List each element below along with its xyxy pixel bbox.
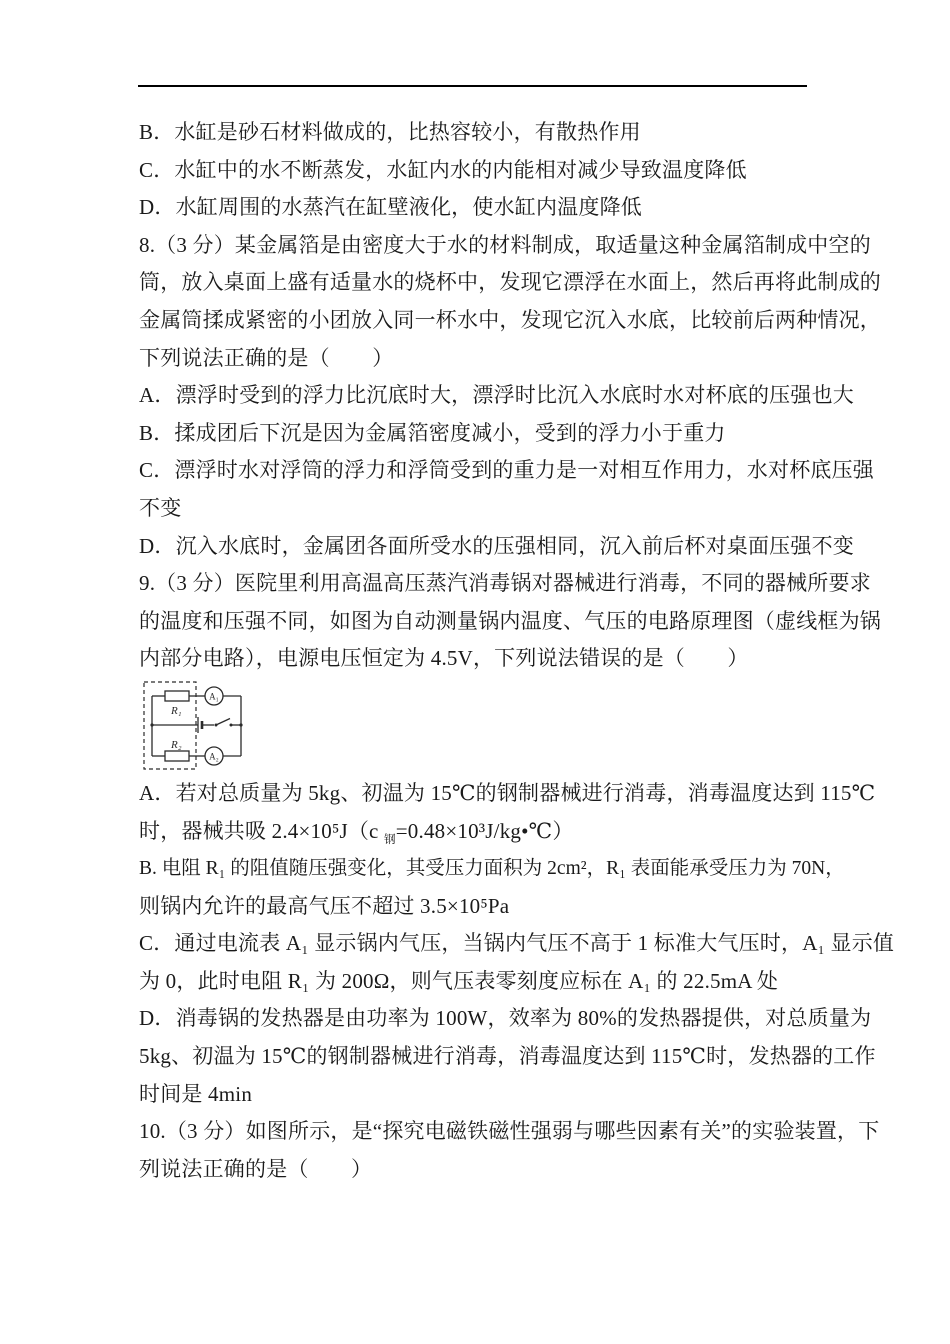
ammeter-a2-label: A₂	[209, 751, 219, 761]
resistor-r1-label: R₁	[170, 705, 182, 717]
q9-option-d-line-3: 时间是 4min	[139, 1076, 811, 1114]
header-rule	[138, 85, 807, 87]
q9-circuit-figure: R₁ A₁ R₂ A₂	[139, 678, 811, 775]
q9-stem-line-2: 的温度和压强不同，如图为自动测量锅内温度、气压的电路原理图（虚线框为锅	[139, 603, 811, 641]
q8-option-c-line-2: 不变	[139, 490, 811, 528]
q8-option-b: B．揉成团后下沉是因为金属箔密度减小，受到的浮力小于重力	[139, 415, 811, 453]
junction-dot-right	[239, 723, 242, 726]
specific-heat-subscript: 钢	[384, 834, 396, 846]
q9-option-a-line-2-pre: 时，器械共吸 2.4×10⁵J（c	[139, 819, 384, 843]
q9-option-b-line-2: 则锅内允许的最高气压不超过 3.5×10⁵Pa	[139, 888, 811, 926]
q8-stem-line-1: 8.（3 分）某金属箔是由密度大于水的材料制成，取适量这种金属箔制成中空的	[139, 227, 811, 265]
q8-option-c-line-1: C．漂浮时水对浮筒的浮力和浮筒受到的重力是一对相互作用力，水对杯底压强	[139, 452, 811, 490]
resistor-r2-icon	[165, 751, 189, 761]
q10-stem-line-2: 列说法正确的是（ ）	[139, 1151, 811, 1189]
circuit-diagram: R₁ A₁ R₂ A₂	[141, 679, 253, 774]
q8-stem-line-2: 筒，放入桌面上盛有适量水的烧杯中，发现它漂浮在水面上，然后再将此制成的	[139, 264, 811, 302]
q10-stem-line-1: 10.（3 分）如图所示，是“探究电磁铁磁性强弱与哪些因素有关”的实验装置，下	[139, 1113, 811, 1151]
q8-option-d: D．沉入水底时，金属团各面所受水的压强相同，沉入前后杯对桌面压强不变	[139, 528, 811, 566]
junction-dot-left	[150, 723, 153, 726]
q9-option-d-line-1: D．消毒锅的发热器是由功率为 100W，效率为 80%的发热器提供，对总质量为	[139, 1000, 811, 1038]
q9-option-a-line-2: 时，器械共吸 2.4×10⁵J（c 钢=0.48×10³J/kg•℃）	[139, 813, 811, 851]
q9-option-d-line-2: 5kg、初温为 15℃的钢制器械进行消毒，消毒温度达到 115℃时，发热器的工作	[139, 1038, 811, 1076]
q7-option-c: C．水缸中的水不断蒸发，水缸内水的内能相对减少导致温度降低	[139, 152, 811, 190]
q8-stem-line-4: 下列说法正确的是（ ）	[139, 340, 811, 378]
resistor-r2-label: R₂	[170, 739, 182, 751]
q9-stem-line-1: 9.（3 分）医院里利用高温高压蒸汽消毒锅对器械进行消毒，不同的器械所要求	[139, 565, 811, 603]
q9-option-c-line-1: C．通过电流表 A₁ 显示锅内气压，当锅内气压不高于 1 标准大气压时，A₁ 显…	[139, 925, 811, 963]
q8-stem-line-3: 金属筒揉成紧密的小团放入同一杯水中，发现它沉入水底，比较前后两种情况，	[139, 302, 811, 340]
document-body: B．水缸是砂石材料做成的，比热容较小，有散热作用 C．水缸中的水不断蒸发，水缸内…	[139, 114, 811, 1188]
q9-option-c-line-2: 为 0，此时电阻 R₁ 为 200Ω，则气压表零刻度应标在 A₁ 的 22.5m…	[139, 963, 811, 1001]
q9-option-a-line-1: A．若对总质量为 5kg、初温为 15℃的钢制器械进行消毒，消毒温度达到 115…	[139, 775, 811, 813]
ammeter-a1-label: A₁	[209, 691, 219, 701]
exam-document-page: B．水缸是砂石材料做成的，比热容较小，有散热作用 C．水缸中的水不断蒸发，水缸内…	[0, 0, 950, 1344]
q7-option-d: D．水缸周围的水蒸汽在缸壁液化，使水缸内温度降低	[139, 189, 811, 227]
q9-option-b-line-1: B. 电阻 R₁ 的阻值随压强变化，其受压力面积为 2cm²，R₁ 表面能承受压…	[139, 850, 811, 888]
q9-option-a-line-2-post: =0.48×10³J/kg•℃）	[396, 819, 574, 843]
resistor-r1-icon	[165, 691, 189, 701]
q7-option-b: B．水缸是砂石材料做成的，比热容较小，有散热作用	[139, 114, 811, 152]
q9-stem-line-3: 内部分电路），电源电压恒定为 4.5V，下列说法错误的是（ ）	[139, 640, 811, 678]
q8-option-a: A．漂浮时受到的浮力比沉底时大，漂浮时比沉入水底时水对杯底的压强也大	[139, 377, 811, 415]
